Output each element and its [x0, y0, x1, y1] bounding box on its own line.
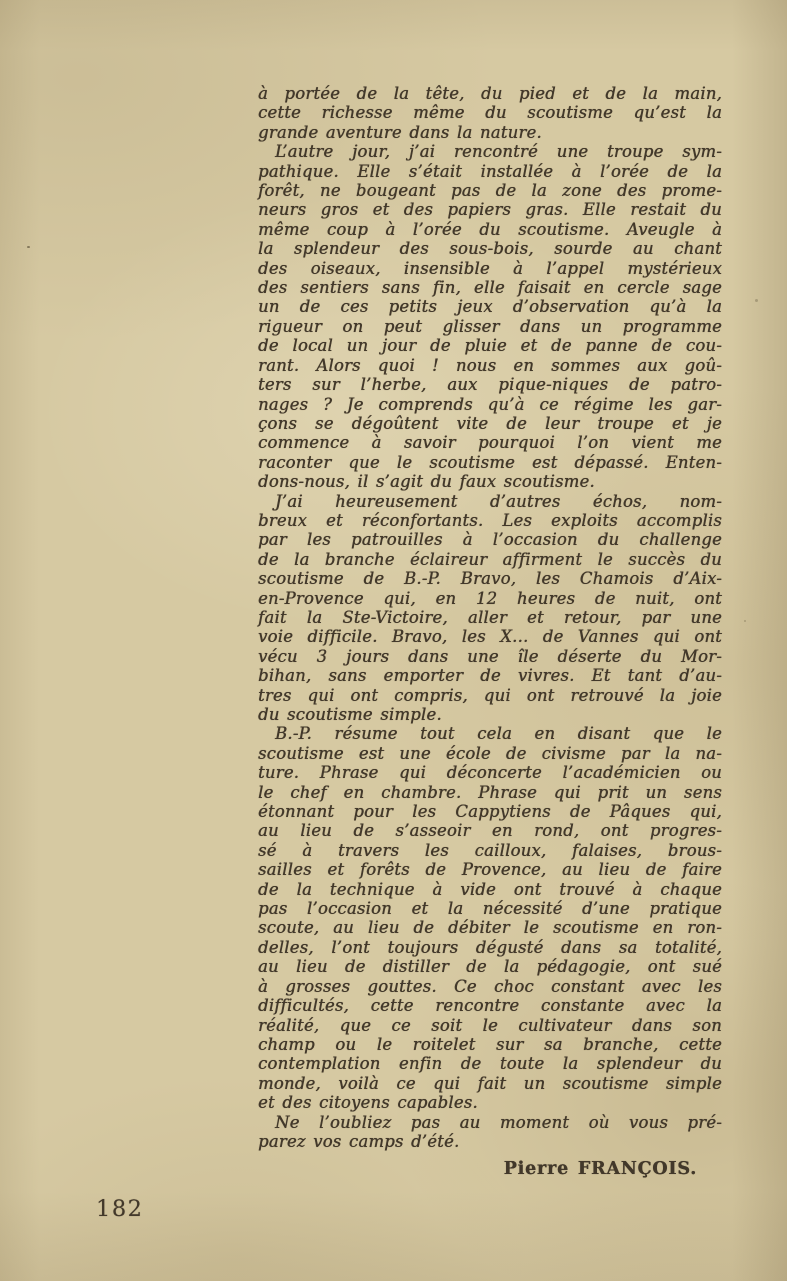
text-line: voie difficile. Bravo, les X... de Vanne…	[258, 627, 722, 646]
text-line: J’ai heureusement d’autres échos, nom-	[258, 492, 722, 511]
text-line: vécu 3 jours dans une île déserte du Mor…	[258, 647, 722, 666]
text-line: scoutisme est une école de civisme par l…	[258, 744, 722, 763]
paper-speck	[27, 246, 30, 248]
text-line: sé à travers les cailloux, falaises, bro…	[258, 841, 722, 860]
paper-speck	[755, 299, 758, 302]
text-line: en-Provence qui, en 12 heures de nuit, o…	[258, 589, 722, 608]
text-line: dons-nous, il s’agit du faux scoutisme.	[258, 472, 722, 491]
text-line: du scoutisme simple.	[258, 705, 722, 724]
text-line: forêt, ne bougeant pas de la zone des pr…	[258, 181, 722, 200]
text-line: grande aventure dans la nature.	[258, 123, 722, 142]
text-line: au lieu de s’asseoir en rond, ont progre…	[258, 821, 722, 840]
text-line: rigueur on peut glisser dans un programm…	[258, 317, 722, 336]
text-line: çons se dégoûtent vite de leur troupe et…	[258, 414, 722, 433]
text-line: à portée de la tête, du pied et de la ma…	[258, 84, 722, 103]
text-line: nages ? Je comprends qu’à ce régime les …	[258, 395, 722, 414]
paper-speck	[744, 620, 746, 622]
text-line: pathique. Elle s’était installée à l’oré…	[258, 162, 722, 181]
text-line: au lieu de distiller de la pédagogie, on…	[258, 957, 722, 976]
text-line: à grosses gouttes. Ce choc constant avec…	[258, 977, 722, 996]
text-line: commence à savoir pourquoi l’on vient me	[258, 433, 722, 452]
text-line: le chef en chambre. Phrase qui prit un s…	[258, 783, 722, 802]
text-line: des oiseaux, insensible à l’appel mystér…	[258, 259, 722, 278]
text-line: réalité, que ce soit le cultivateur dans…	[258, 1016, 722, 1035]
text-line: même coup à l’orée du scoutisme. Aveugle…	[258, 220, 722, 239]
text-line: étonnant pour les Cappytiens de Pâques q…	[258, 802, 722, 821]
text-line: contemplation enfin de toute la splendeu…	[258, 1054, 722, 1073]
text-line: scoute, au lieu de débiter le scoutisme …	[258, 918, 722, 937]
text-line: pas l’occasion et la nécessité d’une pra…	[258, 899, 722, 918]
text-line: delles, l’ont toujours dégusté dans sa t…	[258, 938, 722, 957]
text-line: scoutisme de B.-P. Bravo, les Chamois d’…	[258, 569, 722, 588]
text-line: neurs gros et des papiers gras. Elle res…	[258, 200, 722, 219]
text-line: raconter que le scoutisme est dépassé. E…	[258, 453, 722, 472]
text-line: B.-P. résume tout cela en disant que le	[258, 724, 722, 743]
text-line: breux et réconfortants. Les exploits acc…	[258, 511, 722, 530]
text-line: cette richesse même du scoutisme qu’est …	[258, 103, 722, 122]
text-line: et des citoyens capables.	[258, 1093, 722, 1112]
text-line: de local un jour de pluie et de panne de…	[258, 336, 722, 355]
text-line: la splendeur des sous-bois, sourde au ch…	[258, 239, 722, 258]
text-line: difficultés, cette rencontre constante a…	[258, 996, 722, 1015]
text-line: ters sur l’herbe, aux pique-niques de pa…	[258, 375, 722, 394]
text-line: champ ou le roitelet sur sa branche, cet…	[258, 1035, 722, 1054]
text-line: L’autre jour, j’ai rencontré une troupe …	[258, 142, 722, 161]
text-line: de la branche éclaireur affirment le suc…	[258, 550, 722, 569]
text-line: monde, voilà ce qui fait un scoutisme si…	[258, 1074, 722, 1093]
text-line: des sentiers sans fin, elle faisait en c…	[258, 278, 722, 297]
text-line: Ne l’oubliez pas au moment où vous pré-	[258, 1113, 722, 1132]
text-line: fait la Ste-Victoire, aller et retour, p…	[258, 608, 722, 627]
text-line: tres qui ont compris, qui ont retrouvé l…	[258, 686, 722, 705]
text-line: ture. Phrase qui déconcerte l’académicie…	[258, 763, 722, 782]
text-line: un de ces petits jeux d’observation qu’à…	[258, 297, 722, 316]
text-line: de la technique à vide ont trouvé à chaq…	[258, 880, 722, 899]
page-number: 182	[96, 1196, 143, 1222]
text-line: parez vos camps d’été.	[258, 1132, 722, 1151]
text-line: rant. Alors quoi ! nous en sommes aux go…	[258, 356, 722, 375]
text-line: par les patrouilles à l’occasion du chal…	[258, 530, 722, 549]
author-signature: Pierre FRANÇOIS.	[258, 1160, 722, 1179]
text-line: sailles et forêts de Provence, au lieu d…	[258, 860, 722, 879]
scanned-page: { "colors": { "paper": "#d6c9a2", "ink":…	[0, 0, 787, 1281]
text-line: bihan, sans emporter de vivres. Et tant …	[258, 666, 722, 685]
article-text: à portée de la tête, du pied et de la ma…	[258, 84, 722, 1180]
